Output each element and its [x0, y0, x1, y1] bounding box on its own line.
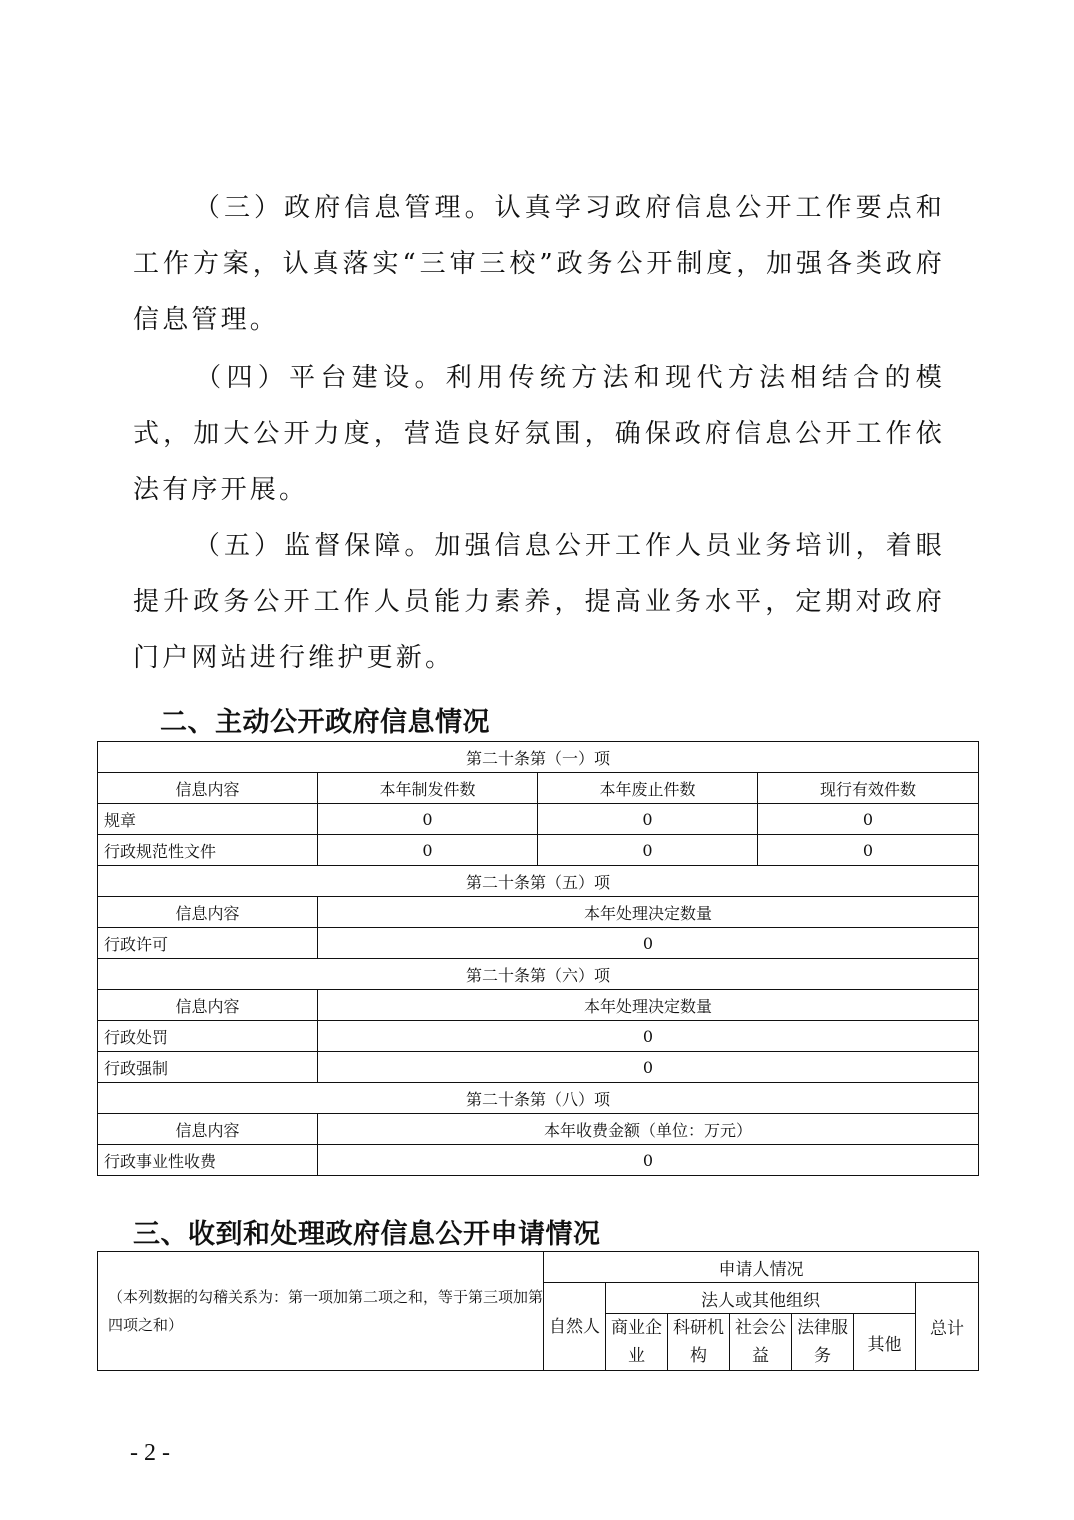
checksum-note: （本列数据的勾稽关系为：第一项加第二项之和，等于第三项加第四项之和）	[98, 1252, 544, 1371]
cell-value: 0	[318, 1052, 979, 1083]
table-caption-row: 第二十条第（八）项	[98, 1083, 979, 1114]
natural-person-header: 自然人	[544, 1283, 606, 1371]
column-header: 信息内容	[98, 773, 318, 804]
application-handling-table: （本列数据的勾稽关系为：第一项加第二项之和，等于第三项加第四项之和） 申请人情况…	[97, 1251, 979, 1371]
block1-caption: 第二十条第（一）项	[98, 742, 979, 773]
paragraph-supervision: （五）监督保障。加强信息公开工作人员业务培训，着眼提升政务公开工作人员能力素养，…	[133, 518, 945, 686]
paragraph-lead: （五）监督保障。	[193, 531, 435, 561]
row-label: 规章	[98, 804, 318, 835]
column-header: 本年废止件数	[538, 773, 758, 804]
paragraph-lead: （三）政府信息管理。	[193, 193, 495, 223]
cell-value: 0	[318, 804, 538, 835]
total-header: 总计	[916, 1283, 979, 1371]
proactive-disclosure-table: 第二十条第（一）项 信息内容 本年制发件数 本年废止件数 现行有效件数 规章 0…	[97, 741, 979, 1176]
org-type-other: 其他	[854, 1314, 916, 1371]
cell-value: 0	[318, 928, 979, 959]
cell-value: 0	[538, 835, 758, 866]
table-caption-row: 第二十条第（五）项	[98, 866, 979, 897]
column-header: 本年处理决定数量	[318, 990, 979, 1021]
column-header: 本年处理决定数量	[318, 897, 979, 928]
table-caption-row: 第二十条第（一）项	[98, 742, 979, 773]
cell-value: 0	[758, 835, 979, 866]
org-type-public-welfare: 社会公益	[730, 1314, 792, 1371]
block4-caption: 第二十条第（八）项	[98, 1083, 979, 1114]
org-type-research: 科研机构	[668, 1314, 730, 1371]
block3-caption: 第二十条第（六）项	[98, 959, 979, 990]
column-header: 本年收费金额（单位：万元）	[318, 1114, 979, 1145]
table-header-row: 信息内容 本年处理决定数量	[98, 990, 979, 1021]
cell-value: 0	[318, 835, 538, 866]
cell-value: 0	[758, 804, 979, 835]
section-2-heading: 二、主动公开政府信息情况	[160, 700, 490, 739]
table-header-row: 信息内容 本年收费金额（单位：万元）	[98, 1114, 979, 1145]
block2-caption: 第二十条第（五）项	[98, 866, 979, 897]
row-label: 行政许可	[98, 928, 318, 959]
table-header-row: （本列数据的勾稽关系为：第一项加第二项之和，等于第三项加第四项之和） 申请人情况	[98, 1252, 979, 1283]
applicant-header: 申请人情况	[544, 1252, 979, 1283]
row-label: 行政事业性收费	[98, 1145, 318, 1176]
org-type-business: 商业企业	[606, 1314, 668, 1371]
cell-value: 0	[318, 1145, 979, 1176]
row-label: 行政处罚	[98, 1021, 318, 1052]
table-header-row: 信息内容 本年处理决定数量	[98, 897, 979, 928]
table-row: 行政许可 0	[98, 928, 979, 959]
cell-value: 0	[318, 1021, 979, 1052]
table-header-row: 信息内容 本年制发件数 本年废止件数 现行有效件数	[98, 773, 979, 804]
legal-org-header: 法人或其他组织	[606, 1283, 916, 1314]
column-header: 信息内容	[98, 1114, 318, 1145]
page-number: - 2 -	[130, 1440, 170, 1467]
column-header: 信息内容	[98, 897, 318, 928]
paragraph-lead: （四）平台建设。	[193, 363, 446, 393]
table-caption-row: 第二十条第（六）项	[98, 959, 979, 990]
paragraph-platform-building: （四）平台建设。利用传统方法和现代方法相结合的模式，加大公开力度，营造良好氛围，…	[133, 350, 945, 518]
table-row: 行政强制 0	[98, 1052, 979, 1083]
column-header: 现行有效件数	[758, 773, 979, 804]
row-label: 行政规范性文件	[98, 835, 318, 866]
cell-value: 0	[538, 804, 758, 835]
table-row: 行政规范性文件 0 0 0	[98, 835, 979, 866]
org-type-legal-services: 法律服务	[792, 1314, 854, 1371]
table-row: 规章 0 0 0	[98, 804, 979, 835]
section-3-heading: 三、收到和处理政府信息公开申请情况	[133, 1212, 601, 1251]
table-row: 行政事业性收费 0	[98, 1145, 979, 1176]
column-header: 信息内容	[98, 990, 318, 1021]
row-label: 行政强制	[98, 1052, 318, 1083]
column-header: 本年制发件数	[318, 773, 538, 804]
paragraph-info-management: （三）政府信息管理。认真学习政府信息公开工作要点和工作方案，认真落实“三审三校”…	[133, 180, 945, 348]
table-row: 行政处罚 0	[98, 1021, 979, 1052]
